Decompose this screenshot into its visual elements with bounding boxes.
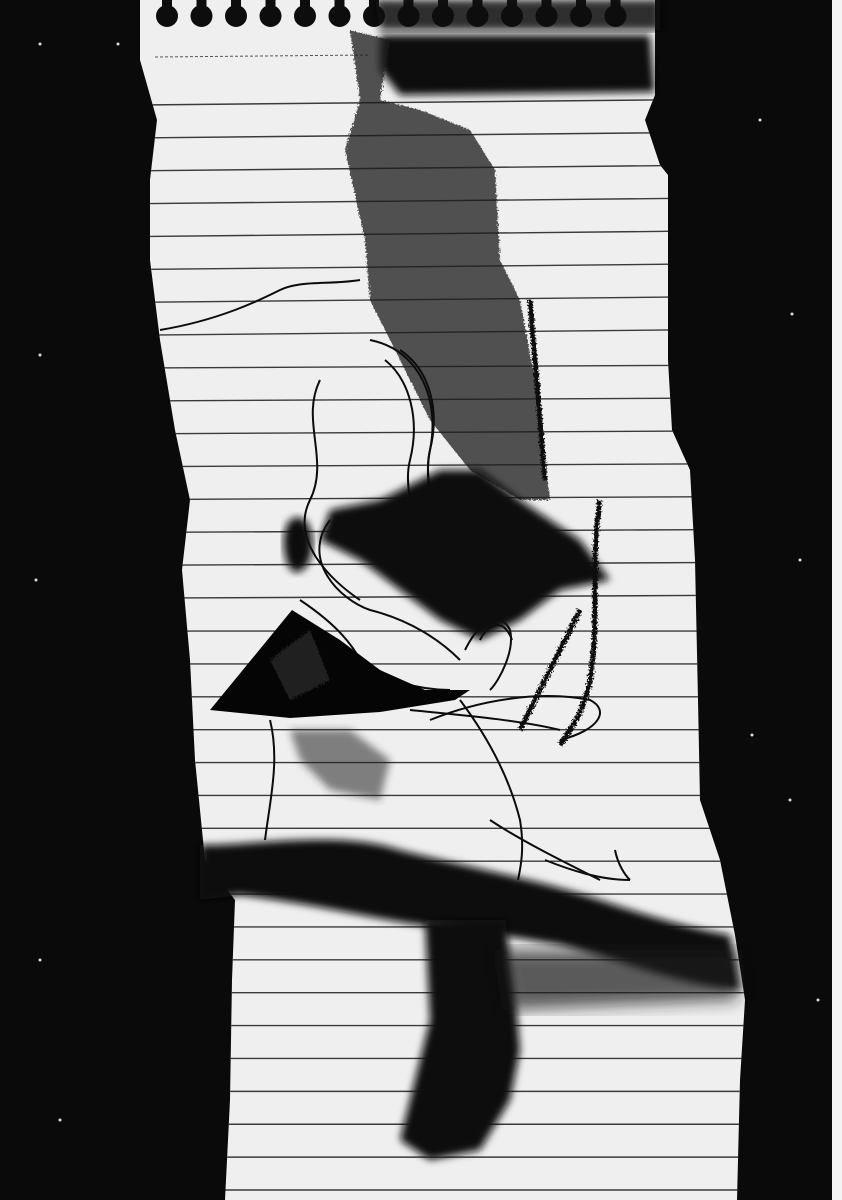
dust-speck — [117, 43, 120, 46]
dust-speck — [39, 354, 42, 357]
dust-speck — [817, 999, 820, 1002]
top-ink-smear-band — [375, 0, 660, 30]
spiral-hole — [329, 5, 351, 27]
dust-speck — [791, 313, 794, 316]
dust-speck — [751, 734, 754, 737]
spiral-hole — [260, 5, 282, 27]
spiral-hole — [294, 5, 316, 27]
lower-right-smear — [500, 950, 738, 1010]
dust-speck — [59, 1119, 62, 1122]
spiral-hole — [191, 5, 213, 27]
dust-speck — [35, 579, 38, 582]
dust-speck — [39, 43, 42, 46]
dust-speck — [759, 119, 762, 122]
dust-speck — [799, 559, 802, 562]
spiral-hole — [225, 5, 247, 27]
spiral-hole — [156, 5, 178, 27]
dust-speck — [39, 959, 42, 962]
abstract-notebook-artwork — [0, 0, 842, 1200]
right-margin-strip — [832, 0, 842, 1200]
dust-speck — [789, 799, 792, 802]
top-ink-smear — [380, 35, 655, 95]
